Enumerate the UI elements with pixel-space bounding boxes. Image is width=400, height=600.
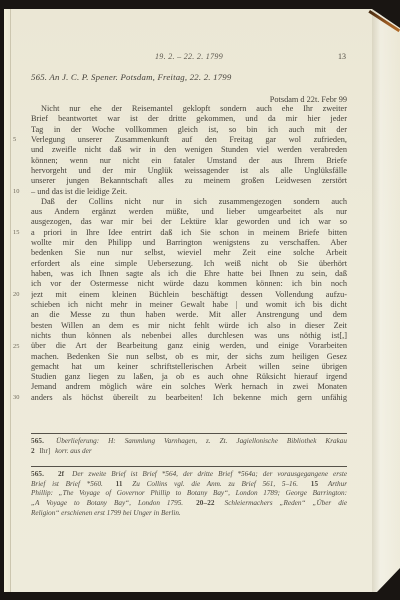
text-line: wollte mir den Philipp und Barrington we… [31,238,347,248]
text-line: 20 jezt mit einem kleinen Büchlein besch… [31,290,347,300]
text-line-content: a priori in Ihre Idee entrirt daß ich Si… [31,228,347,238]
text-line: haben, was ich Ihnen sagte als ich die E… [31,269,347,279]
text-line: ausgezogen, das war mir bei der Lektüre … [31,217,347,227]
text-line: 25 über die Art der Bearbeitung ganz ein… [31,341,347,351]
text-line-content: haben, was ich Ihnen sagte als ich die E… [31,269,347,279]
text-line-content: gemacht hat um keiner schriftstellerisch… [31,362,347,372]
page-left-edge-shading [4,9,11,592]
running-header: 19. 2. – 22. 2. 1799 13 [31,52,347,64]
text-line-content: wollte mir den Philipp und Barrington we… [31,238,347,248]
apparatus-line: Phillip: „The Voyage of Governor Phillip… [31,489,347,499]
apparatus-line: Brief ist Brief *560. 11 Zu Collins vgl.… [31,480,347,490]
text-line: machen. Bedenken Sie nun selbst, ob es m… [31,352,347,362]
apparatus-rule-1 [31,433,347,434]
text-line-content: erfordert als eine simple Uebersezung. I… [31,259,347,269]
apparatus-transmission-block: 565. Überlieferung: H: Sammlung Varnhage… [31,437,347,456]
apparatus-line: Religion“ erschienen erst 1799 bei Unger… [31,509,347,519]
text-line: Studien ganz liegen zu laßen, ja ob es a… [31,372,347,382]
text-line-content: Verlegung unserer Zusammenkunft auf den … [31,135,347,145]
text-line: Tag in der Woche vollkommen gleich ist, … [31,125,347,135]
text-line-content: schieben ich nicht mehr in meiner Gewalt… [31,300,347,310]
apparatus-line: 565. Überlieferung: H: Sammlung Varnhage… [31,437,347,447]
margin-line-number: 10 [13,188,27,196]
text-line-content: Brief beantwortet war ist der dritte gek… [31,114,347,124]
apparatus-rule-2 [31,466,347,467]
text-line: 10 – und das ist die leidige Zeit. [31,187,347,197]
text-line: Nicht nur ehe der Reisemantel geklopft s… [31,104,347,114]
text-line-content: an die Messe zu thun haben werde. Mit al… [31,310,347,320]
text-line: Brief beantwortet war ist der dritte gek… [31,114,347,124]
text-line-content: Studien ganz liegen zu laßen, ja ob es a… [31,372,347,382]
text-line: schieben ich nicht mehr in meiner Gewalt… [31,300,347,310]
text-line: bedenken Sie nun nur selbst, wieviel meh… [31,248,347,258]
text-line-content: Jemand andrem möglich wäre ein solches W… [31,382,347,392]
apparatus-commentary-block: 565. 2f Der zweite Brief ist Brief *564,… [31,470,347,518]
letter-dateline: Potsdam d 22t. Febr 99 [31,95,347,104]
text-line: 5 Verlegung unserer Zusammenkunft auf de… [31,135,347,145]
running-header-date-range: 19. 2. – 22. 2. 1799 [31,52,347,61]
text-line-content: nichts thun können als nebenbei alles du… [31,331,347,341]
margin-line-number: 30 [13,394,27,402]
letter-body: Nicht nur ehe der Reisemantel geklopft s… [31,104,347,403]
text-line-content: und zweifle nicht daß wir in den wenigen… [31,145,347,155]
letter-heading: 565. An J. C. P. Spener. Potsdam, Freita… [31,72,347,82]
margin-line-number: 5 [13,136,27,144]
text-line-content: anders als höchst übereilt zu bearbeiten… [31,393,347,403]
text-line: und zweifle nicht daß wir in den wenigen… [31,145,347,155]
text-line-content: jezt mit einem kleinen Büchlein beschäft… [31,290,347,300]
book-page: 19. 2. – 22. 2. 1799 13 565. An J. C. P.… [4,9,400,592]
text-line: Daß der Collins nicht nur in sich zusamm… [31,197,347,207]
margin-line-number: 15 [13,229,27,237]
page-number: 13 [338,52,346,61]
text-line-content: Tag in der Woche vollkommen gleich ist, … [31,125,347,135]
text-line: können; wenn nur nicht ein fataler Umsta… [31,156,347,166]
text-line-content: machen. Bedenken Sie nun selbst, ob es m… [31,352,347,362]
text-line-content: hervorgeht und der mir Unglük weissagend… [31,166,347,176]
text-line: 15 a priori in Ihre Idee entrirt daß ich… [31,228,347,238]
page-right-crease [372,9,400,592]
text-line: hervorgeht und der mir Unglük weissagend… [31,166,347,176]
apparatus-line: 565. 2f Der zweite Brief ist Brief *564,… [31,470,347,480]
apparatus-line: „A Voyage to Botany Bay“, London 1795. 2… [31,499,347,509]
text-line: erfordert als eine simple Uebersezung. I… [31,259,347,269]
text-line-content: unserer jungen Bekanntschaft alles zu me… [31,176,347,186]
text-line: besten Willen an dem es mir nicht fehlt … [31,321,347,331]
margin-line-number: 20 [13,291,27,299]
text-line: gemacht hat um keiner schriftstellerisch… [31,362,347,372]
text-line-content: über die Art der Bearbeitung ganz einig … [31,341,347,351]
text-line: aus Andern ergänzt werden müßte, und lie… [31,207,347,217]
text-line-content: aus Andern ergänzt werden müßte, und lie… [31,207,347,217]
text-line-content: Nicht nur ehe der Reisemantel geklopft s… [31,104,347,114]
text-line-content: Daß der Collins nicht nur in sich zusamm… [31,197,347,207]
text-line: ich vor der Ostermesse nicht würde dazu … [31,279,347,289]
text-line: an die Messe zu thun haben werde. Mit al… [31,310,347,320]
text-line: Jemand andrem möglich wäre ein solches W… [31,382,347,392]
text-line-content: bedenken Sie nun nur selbst, wieviel meh… [31,248,347,258]
text-line-content: können; wenn nur nicht ein fataler Umsta… [31,156,347,166]
text-line-content: besten Willen an dem es mir nicht fehlt … [31,321,347,331]
apparatus-line: 2 Ihr] korr. aus der [31,447,347,457]
text-line-content: ausgezogen, das war mir bei der Lektüre … [31,217,347,227]
text-line: unserer jungen Bekanntschaft alles zu me… [31,176,347,186]
text-line-content: – und das ist die leidige Zeit. [31,187,347,197]
margin-line-number: 25 [13,343,27,351]
text-line: nichts thun können als nebenbei alles du… [31,331,347,341]
text-line-content: ich vor der Ostermesse nicht würde dazu … [31,279,347,289]
text-line: 30 anders als höchst übereilt zu bearbei… [31,393,347,403]
